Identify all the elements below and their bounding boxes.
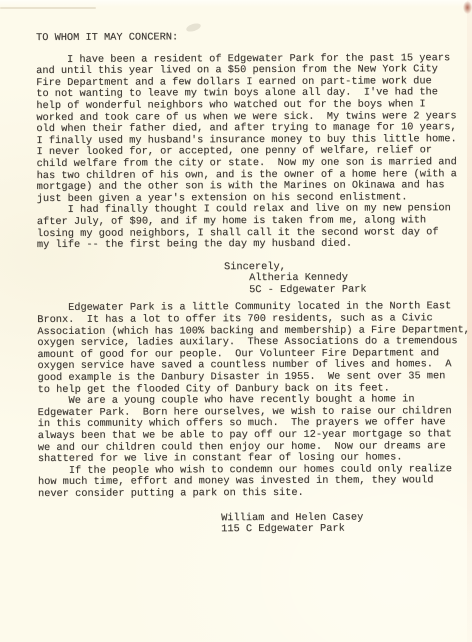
casey-paragraph-2: We are a young couple who have recently … bbox=[38, 394, 466, 465]
casey-paragraph-3: If the people who wish to condemn our ho… bbox=[38, 464, 466, 501]
scan-crease-line bbox=[0, 7, 96, 9]
signature-casey: William and Helen Casey 115 C Edgewater … bbox=[221, 512, 466, 536]
kennedy-paragraph-1: I have been a resident of Edgewater Park… bbox=[36, 53, 465, 206]
scanned-letter-page: TO WHOM IT MAY CONCERN: I have been a re… bbox=[0, 0, 472, 642]
letter-body: TO WHOM IT MAY CONCERN: I have been a re… bbox=[36, 31, 466, 537]
scan-edge-top bbox=[0, 0, 472, 7]
kennedy-paragraph-2: I had finally thought I could relax and … bbox=[37, 203, 465, 251]
signers-address: 115 C Edgewater Park bbox=[221, 523, 466, 536]
signature-kennedy: Sincerely, Altheria Kennedy 5C - Edgewat… bbox=[224, 261, 465, 297]
salutation: TO WHOM IT MAY CONCERN: bbox=[36, 31, 464, 44]
page-right-edge-tint bbox=[467, 0, 472, 642]
casey-paragraph-1: Edgewater Park is a little Community loc… bbox=[37, 302, 465, 397]
casey-letter-body: Edgewater Park is a little Community loc… bbox=[37, 302, 466, 501]
signer-address: 5C - Edgewater Park bbox=[249, 284, 465, 297]
